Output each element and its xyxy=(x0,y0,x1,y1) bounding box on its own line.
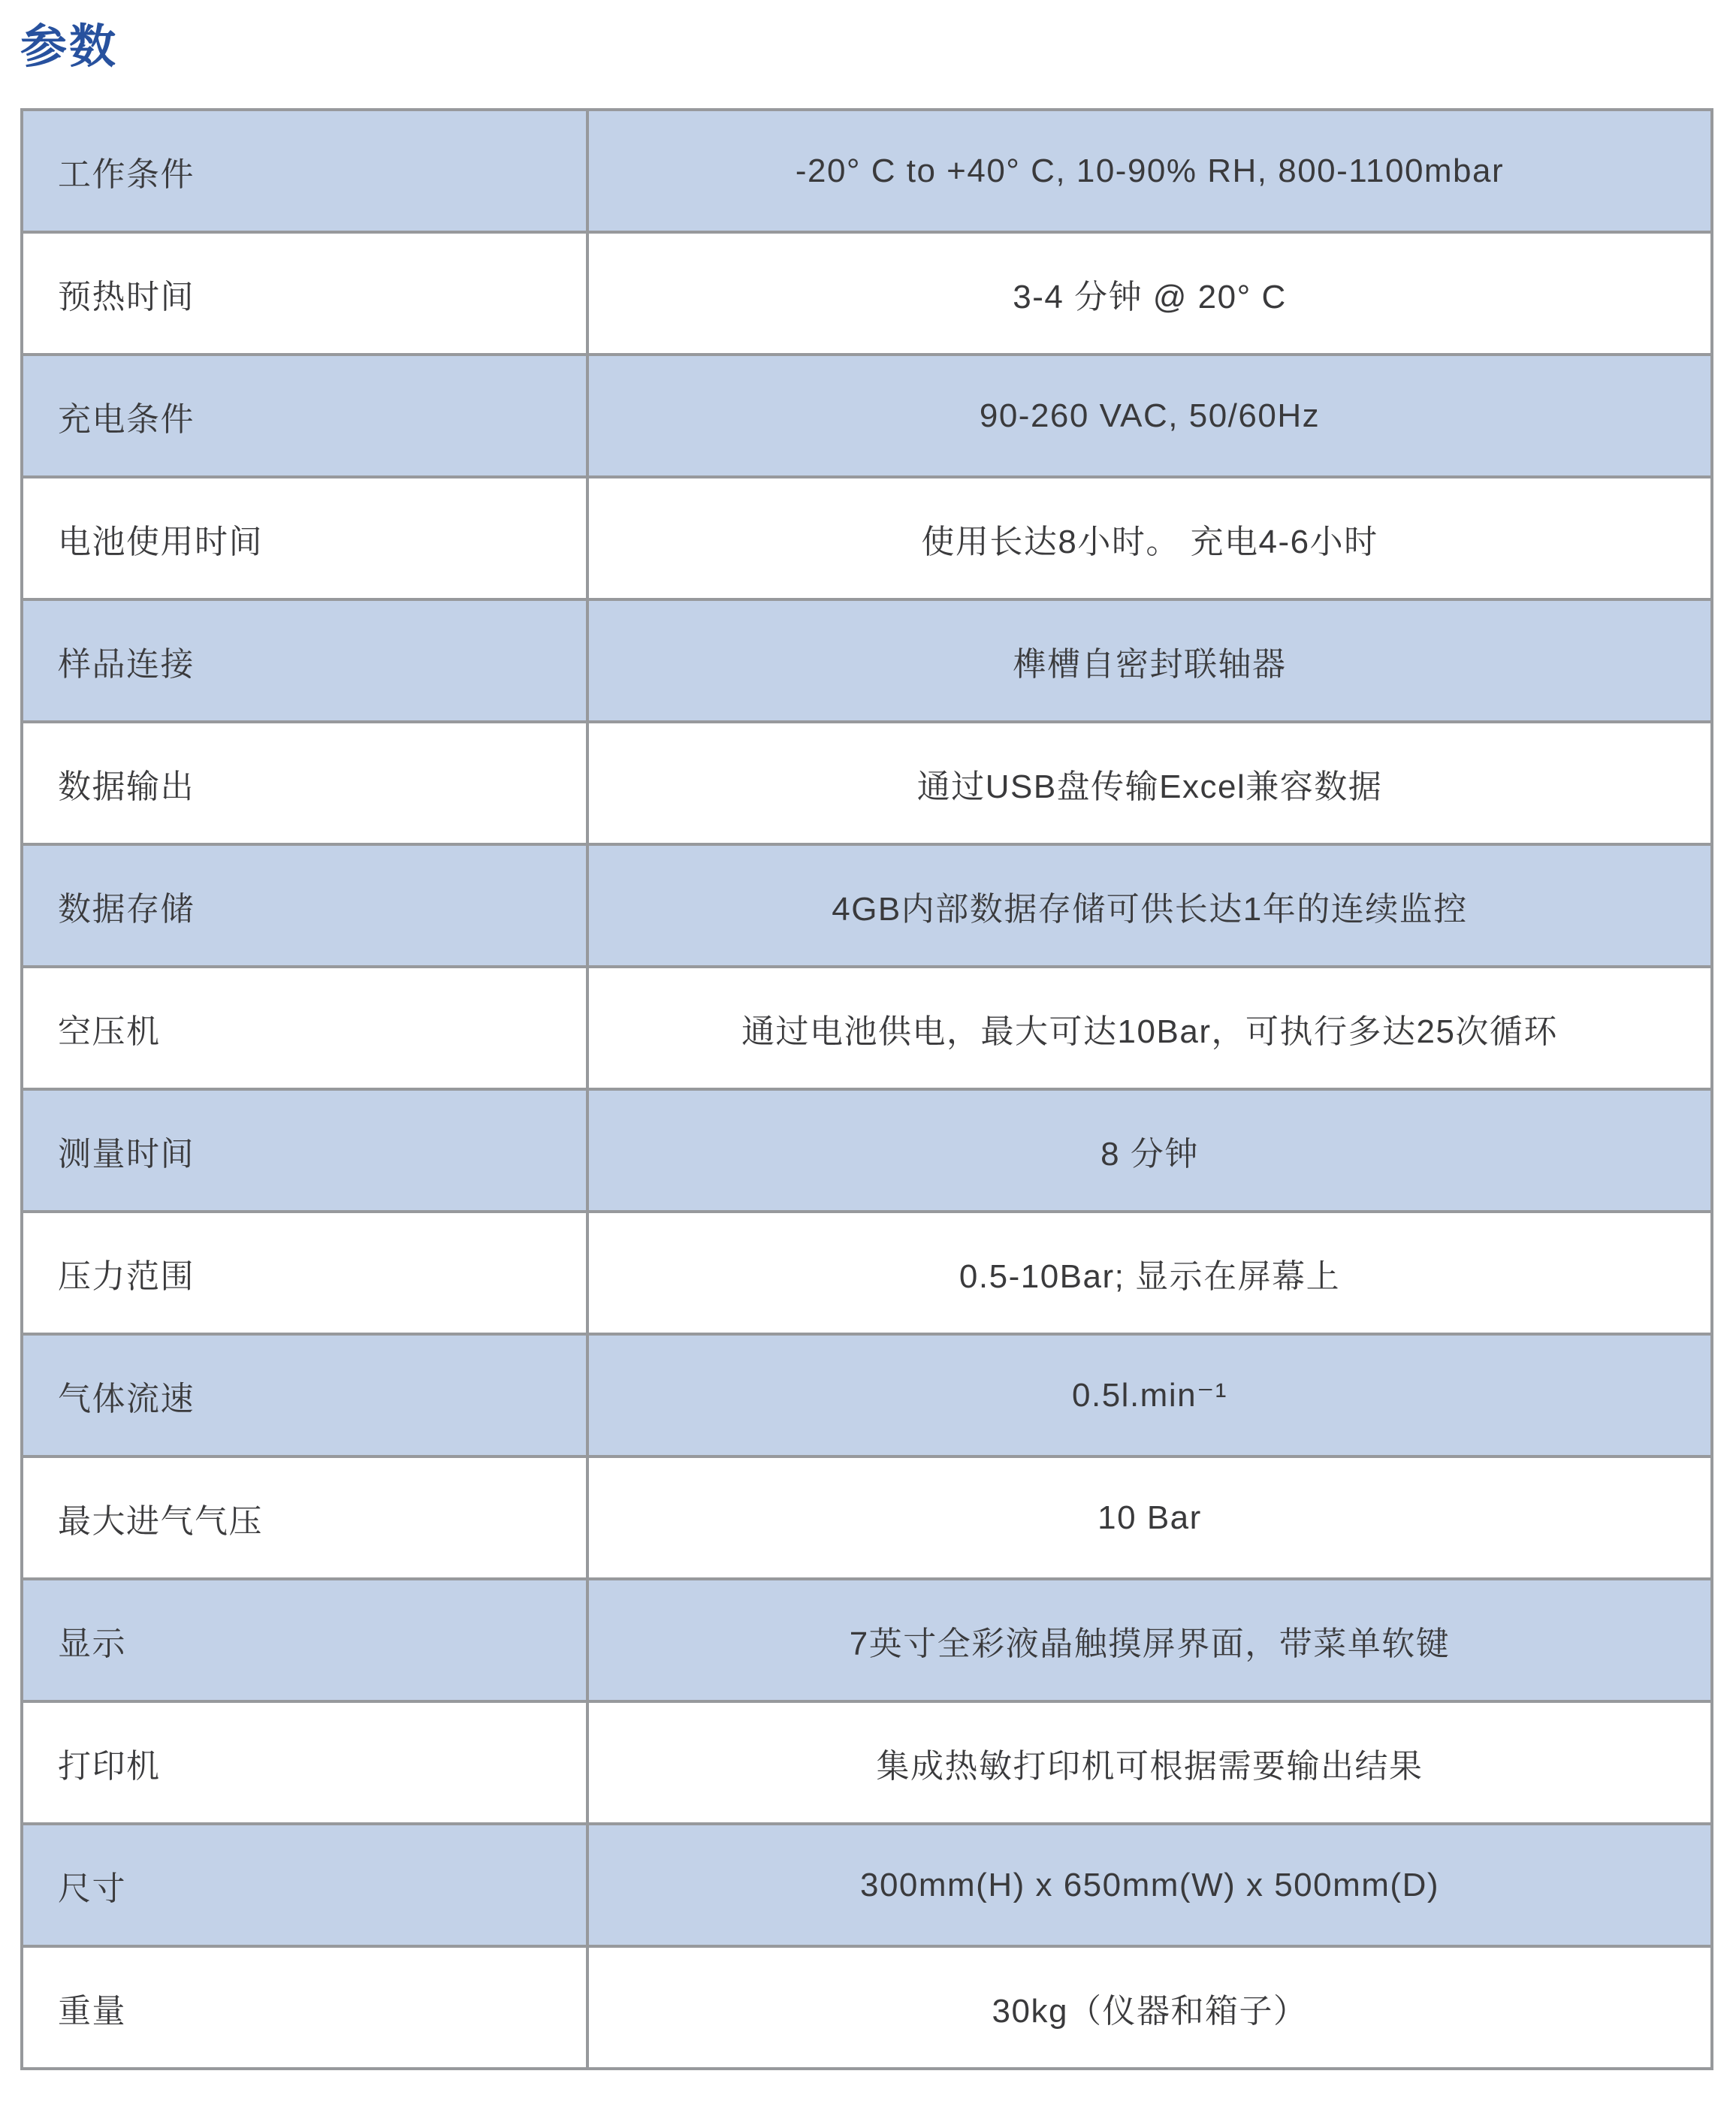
spec-value: 90-260 VAC, 50/60Hz xyxy=(587,355,1712,477)
table-row: 重量30kg（仪器和箱子） xyxy=(22,1946,1712,2069)
spec-table: 工作条件-20° C to +40° C, 10-90% RH, 800-110… xyxy=(20,108,1713,2070)
spec-value: 集成热敏打印机可根据需要输出结果 xyxy=(587,1701,1712,1824)
spec-label: 显示 xyxy=(22,1579,587,1701)
spec-value: 通过电池供电，最大可达10Bar，可执行多达25次循环 xyxy=(587,967,1712,1089)
spec-label: 重量 xyxy=(22,1946,587,2069)
spec-label: 测量时间 xyxy=(22,1089,587,1212)
spec-label: 充电条件 xyxy=(22,355,587,477)
table-row: 测量时间8 分钟 xyxy=(22,1089,1712,1212)
table-row: 空压机通过电池供电，最大可达10Bar，可执行多达25次循环 xyxy=(22,967,1712,1089)
table-row: 最大进气气压10 Bar xyxy=(22,1456,1712,1579)
spec-value: 30kg（仪器和箱子） xyxy=(587,1946,1712,2069)
table-row: 气体流速0.5l.min⁻¹ xyxy=(22,1334,1712,1456)
spec-label: 预热时间 xyxy=(22,232,587,355)
table-row: 工作条件-20° C to +40° C, 10-90% RH, 800-110… xyxy=(22,110,1712,232)
spec-label: 尺寸 xyxy=(22,1824,587,1946)
table-row: 尺寸300mm(H) x 650mm(W) x 500mm(D) xyxy=(22,1824,1712,1946)
spec-label: 压力范围 xyxy=(22,1212,587,1334)
spec-table-body: 工作条件-20° C to +40° C, 10-90% RH, 800-110… xyxy=(22,110,1712,2069)
spec-value: 0.5-10Bar; 显示在屏幕上 xyxy=(587,1212,1712,1334)
spec-value: 通过USB盘传输Excel兼容数据 xyxy=(587,722,1712,844)
spec-label: 打印机 xyxy=(22,1701,587,1824)
table-row: 压力范围0.5-10Bar; 显示在屏幕上 xyxy=(22,1212,1712,1334)
spec-value: 4GB内部数据存储可供长达1年的连续监控 xyxy=(587,844,1712,967)
spec-label: 最大进气气压 xyxy=(22,1456,587,1579)
spec-label: 电池使用时间 xyxy=(22,477,587,599)
spec-value: 8 分钟 xyxy=(587,1089,1712,1212)
spec-value: 7英寸全彩液晶触摸屏界面，带菜单软键 xyxy=(587,1579,1712,1701)
table-row: 数据输出通过USB盘传输Excel兼容数据 xyxy=(22,722,1712,844)
spec-label: 数据存储 xyxy=(22,844,587,967)
spec-value: 0.5l.min⁻¹ xyxy=(587,1334,1712,1456)
spec-value: 10 Bar xyxy=(587,1456,1712,1579)
table-row: 预热时间3-4 分钟 @ 20° C xyxy=(22,232,1712,355)
spec-value: 榫槽自密封联轴器 xyxy=(587,599,1712,722)
spec-value: 300mm(H) x 650mm(W) x 500mm(D) xyxy=(587,1824,1712,1946)
spec-value: -20° C to +40° C, 10-90% RH, 800-1100mba… xyxy=(587,110,1712,232)
spec-label: 样品连接 xyxy=(22,599,587,722)
spec-value: 3-4 分钟 @ 20° C xyxy=(587,232,1712,355)
spec-sheet-page: 参数 工作条件-20° C to +40° C, 10-90% RH, 800-… xyxy=(0,0,1736,2104)
table-row: 显示7英寸全彩液晶触摸屏界面，带菜单软键 xyxy=(22,1579,1712,1701)
spec-value: 使用长达8小时。 充电4-6小时 xyxy=(587,477,1712,599)
spec-label: 工作条件 xyxy=(22,110,587,232)
spec-label: 数据输出 xyxy=(22,722,587,844)
spec-label: 气体流速 xyxy=(22,1334,587,1456)
table-row: 充电条件90-260 VAC, 50/60Hz xyxy=(22,355,1712,477)
table-row: 数据存储4GB内部数据存储可供长达1年的连续监控 xyxy=(22,844,1712,967)
table-row: 打印机集成热敏打印机可根据需要输出结果 xyxy=(22,1701,1712,1824)
table-row: 电池使用时间使用长达8小时。 充电4-6小时 xyxy=(22,477,1712,599)
table-row: 样品连接榫槽自密封联轴器 xyxy=(22,599,1712,722)
spec-label: 空压机 xyxy=(22,967,587,1089)
page-title: 参数 xyxy=(0,0,1736,75)
